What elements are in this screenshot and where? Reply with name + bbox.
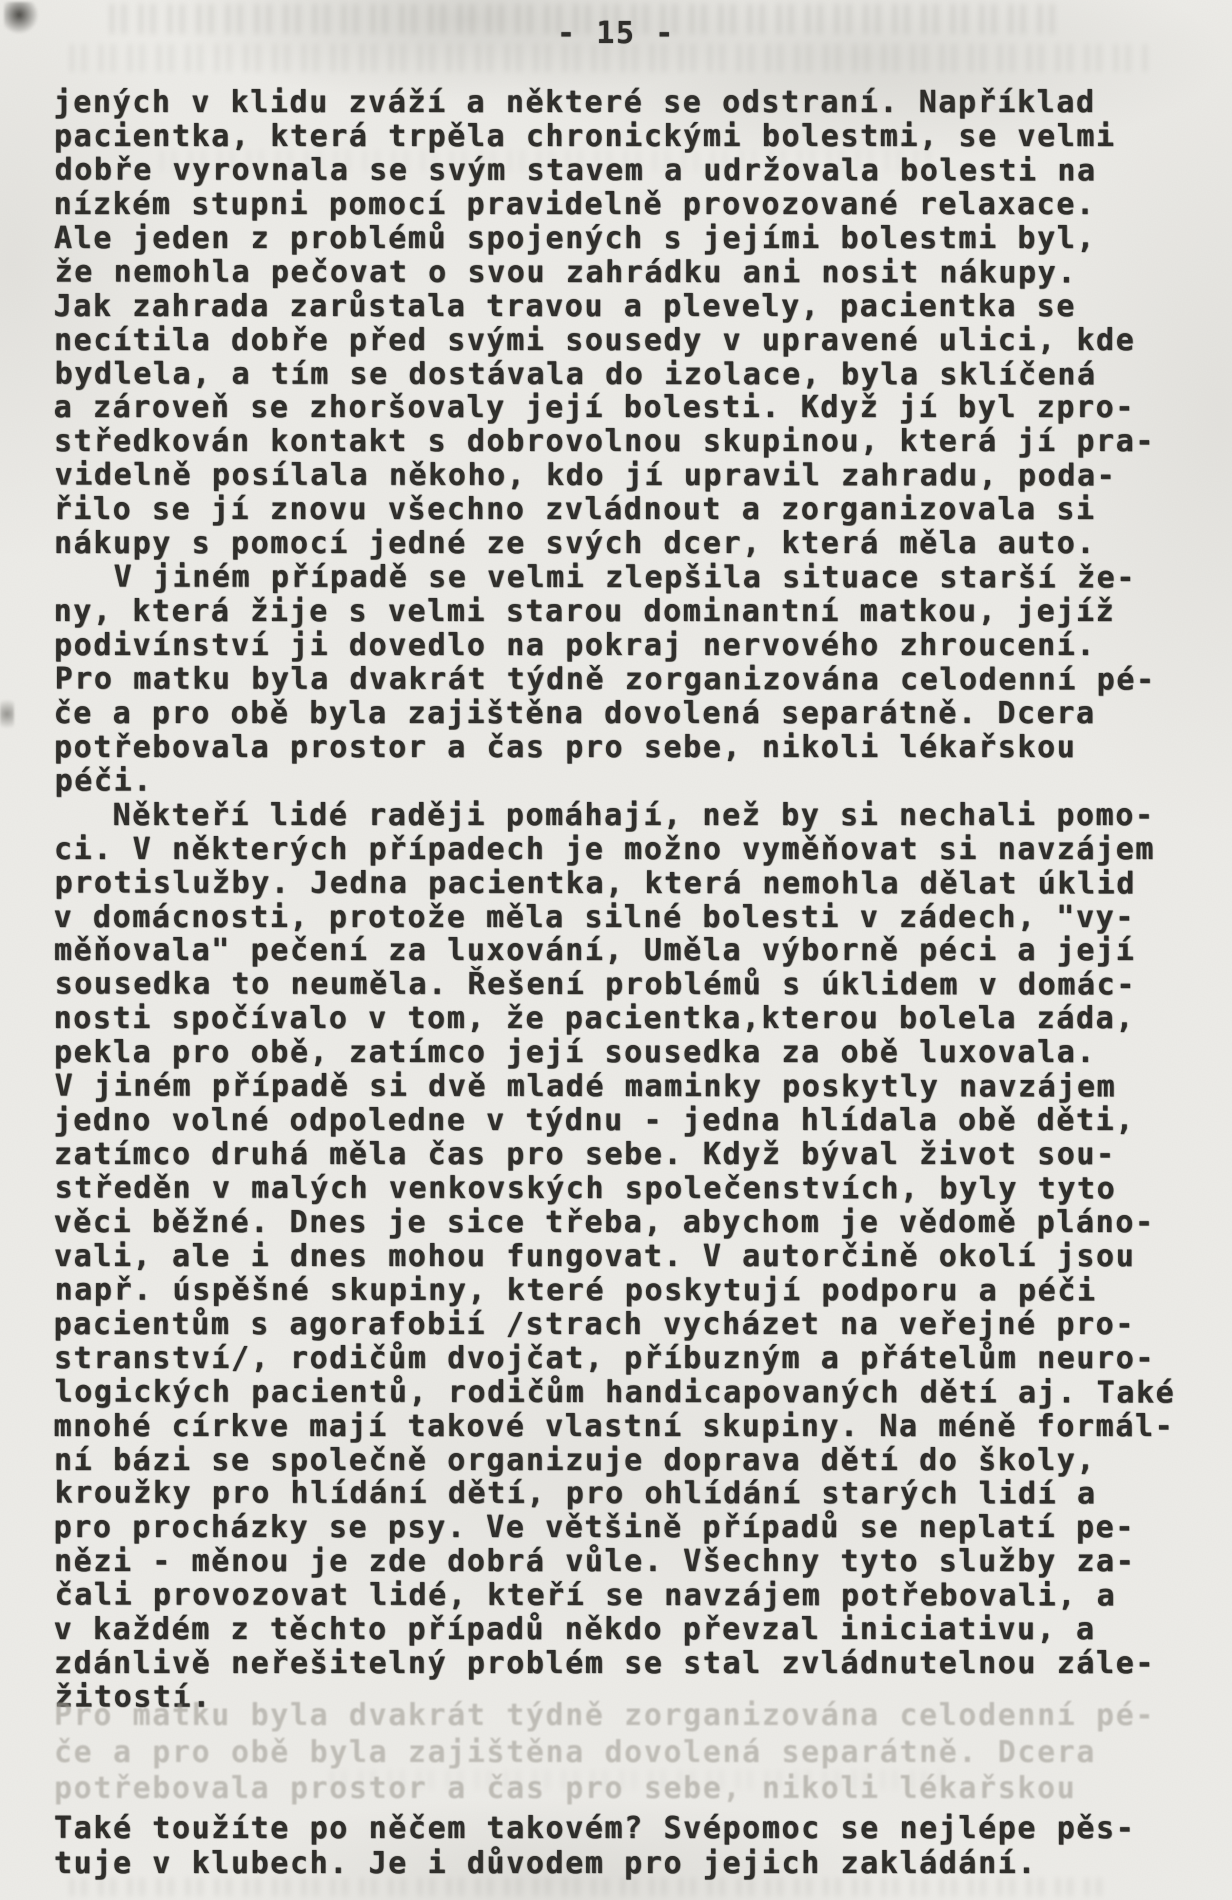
text-line: čali provozovat lidé, kteří se navzájem … [55,1579,1176,1614]
text-line: stranství/, rodičům dvojčat, příbuzným a… [54,1342,1175,1376]
text-line: ní bázi se společně organizuje doprava d… [54,1444,1175,1478]
text-line: Pro matku byla dvakrát týdně zorganizová… [54,1698,1155,1735]
text-line: V jiném případě si dvě mladé maminky pos… [55,1070,1176,1105]
text-line: potřebovala prostor a čas pro sebe, niko… [54,731,1175,765]
text-line: nákupy s pomocí jedné ze svých dcer, kte… [54,527,1175,561]
text-line: zdánlivě neřešitelný problém se stal zvl… [54,1647,1175,1681]
text-line: bydlela, a tím se dostávala do izolace, … [55,357,1176,392]
text-line: a zároveň se zhoršovaly její bolesti. Kd… [54,391,1175,425]
text-line: že nemohla pečovat o svou zahrádku ani n… [55,255,1176,290]
text-line: če a pro obě byla zajištěna dovolená sep… [54,697,1175,731]
text-line: vali, ale i dnes mohou fungovat. V autor… [54,1240,1175,1274]
text-line: če a pro obě byla zajištěna dovolená sep… [54,1735,1155,1772]
text-line: potřebovala prostor a čas pro sebe, niko… [54,1771,1155,1808]
text-line: středkován kontakt s dobrovolnou skupino… [54,425,1175,459]
text-line: např. úspěšné skupiny, které poskytují p… [55,1273,1176,1308]
text-line: zatímco druhá měla čas pro sebe. Když bý… [54,1138,1175,1172]
text-line: protislužby. Jedna pacientka, která nemo… [55,866,1176,901]
ghost-bleed-through-text: Pro matku byla dvakrát týdně zorganizová… [54,1698,1155,1808]
text-line: měňovala" pečení za luxování, Uměla výbo… [54,934,1175,968]
text-line: středěn v malých venkovských společenstv… [55,1172,1176,1207]
text-line: pro procházky se psy. Ve většině případů… [54,1511,1175,1545]
text-line: pacientům s agorafobií /strach vycházet … [54,1308,1175,1342]
footer-paragraph: Také toužíte po něčem takovém? Svépomoc … [54,1812,1135,1881]
text-line: dobře vyrovnala se svým stavem a udržova… [55,153,1176,188]
text-line: pekla pro obě, zatímco její sousedka za … [54,1036,1175,1070]
text-line: videlně posílala někoho, kdo jí upravil … [55,459,1176,494]
text-line: pacientka, která trpěla chronickými bole… [54,120,1175,154]
ink-speck [0,694,14,734]
text-line: mnohé církve mají takové vlastní skupiny… [54,1410,1175,1444]
text-line: řilo se jí znovu všechno zvládnout a zor… [54,493,1175,527]
text-line: Ale jeden z problémů spojených s jejími … [54,222,1175,256]
text-line: nězi - měnou je zde dobrá vůle. Všechny … [54,1545,1175,1579]
text-line: necítila dobře před svými sousedy v upra… [54,324,1175,358]
text-line: v každém z těchto případů někdo převzal … [54,1613,1175,1647]
text-line: logických pacientů, rodičům handicapovan… [55,1375,1176,1410]
text-line: V jiném případě se velmi zlepšila situac… [55,561,1176,596]
text-line: ci. V některých případech je možno vyměň… [54,833,1175,867]
text-line: nízkém stupni pomocí pravidelně provozov… [54,188,1175,222]
body-text: jených v klidu zváží a některé se odstra… [54,86,1175,1715]
text-line: nosti spočívalo v tom, že pacientka,kter… [54,1002,1175,1036]
text-line: podivínství ji dovedlo na pokraj nervové… [54,629,1175,663]
text-line: jených v klidu zváží a některé se odstra… [54,86,1175,120]
text-line: ny, která žije s velmi starou dominantní… [54,595,1175,629]
text-line: Někteří lidé raději pomáhají, než by si … [54,799,1175,833]
text-line: Pro matku byla dvakrát týdně zorganizová… [55,662,1176,697]
text-line: péči. [55,764,1176,799]
text-line: Také toužíte po něčem takovém? Svépomoc … [54,1812,1135,1847]
text-line: věci běžné. Dnes je sice třeba, abychom … [54,1206,1175,1240]
scanned-document-page: - 15 - jených v klidu zváží a některé se… [0,0,1232,1900]
page-number: - 15 - [0,16,1232,51]
text-line: kroužky pro hlídání dětí, pro ohlídání s… [55,1477,1176,1512]
text-line: jedno volné odpoledne v týdnu - jedna hl… [54,1104,1175,1138]
text-line: tuje v klubech. Je i důvodem pro jejich … [54,1847,1135,1882]
text-line: v domácnosti, protože měla silné bolesti… [54,901,1175,935]
text-line: sousedka to neuměla. Řešení problémů s ú… [55,968,1176,1003]
text-line: Jak zahrada zarůstala travou a plevely, … [54,290,1175,324]
